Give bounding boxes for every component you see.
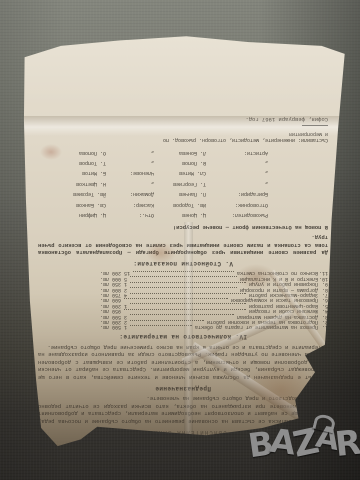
stain-spot — [146, 242, 176, 264]
credit-label-right: Членове: — [106, 168, 154, 178]
stain-spot — [236, 264, 276, 290]
cost-list-item: 10. Електро и В и К инсталации 5 000 лв. — [100, 275, 328, 280]
credit-name-left: П. Панчев — [154, 189, 206, 199]
bazar-watermark: B A Z A R — [248, 424, 356, 476]
cost-item-amount: 3 500 лв. — [100, 313, 127, 318]
credits-row: Бригадири: П. Панчев Домакин: Йв. Терзие… — [56, 189, 268, 199]
credits-row: „ Сл. Митев Членове: Б. Митов — [56, 168, 268, 178]
credit-name-right: Т. Топров — [56, 158, 106, 168]
cost-list-item: 8. Дограма — врати и прозорци 2 800 лв. — [100, 286, 328, 291]
credits-row: Отговорник: Ив. Тодоров Касиер: Св. Банк… — [56, 199, 268, 209]
credit-name-left: В. Попов — [154, 158, 206, 168]
credits-row: Ръководител: Ц. Цонев Отч.: Ц. Цифрин — [56, 210, 268, 220]
product-photo: ОБЯСНИТЕЛНА ЗАПИСКА Настоящата записка с… — [0, 0, 360, 480]
section-header-kolichestvo: ІV. Количеството на материалите: — [38, 334, 328, 341]
section-header-stoynostni: V. Стойностни показатели: — [38, 260, 328, 267]
stain-spot — [40, 144, 62, 160]
cost-item-number: 11. — [318, 270, 328, 275]
credit-label-right: „ — [106, 147, 154, 157]
credits-row: „ В. Попов „ Т. Топров — [56, 158, 268, 168]
credits-table: Ръководител: Ц. Цонев Отч.: Ц. Цифрин От… — [56, 147, 268, 220]
credit-name-left: Т. Георгиев — [154, 178, 206, 188]
credit-name-right: Б. Митов — [56, 168, 106, 178]
dotted-leader — [124, 298, 228, 299]
dotted-leader — [130, 325, 192, 326]
credit-label-left: „ — [206, 178, 268, 188]
credit-label-right: Касиер: — [106, 199, 154, 209]
horizontal-fold-crease — [18, 116, 348, 136]
credit-label-right: Отч.: — [106, 210, 154, 220]
vertical-fold-crease — [184, 222, 193, 442]
credit-label-left: Артисти: — [206, 147, 268, 157]
credit-name-right: О. Попова — [56, 147, 106, 157]
credit-label-right: „ — [106, 158, 154, 168]
cost-item-amount: 2 800 лв. — [100, 286, 127, 291]
cost-item-amount: 15 200 лв. — [100, 270, 130, 275]
cost-item-number: 5. — [318, 302, 328, 307]
credit-name-left: Л. Бонева — [154, 147, 206, 157]
credit-name-right: Йв. Терзиев — [56, 189, 106, 199]
bazar-logo: B A Z A R — [248, 424, 356, 459]
cost-item-amount: 1 200 лв. — [100, 302, 127, 307]
cost-list-item: 11. Всичко по стойностна сметка 15 200 л… — [100, 270, 328, 275]
credit-label-right: „ — [106, 178, 154, 188]
paragraph-bold: Да развием своите инициативи чрез общона… — [38, 234, 328, 257]
credit-name-right: Н. Цветков — [56, 178, 106, 188]
cost-item-text: Варо-циментови разтвори — [249, 302, 318, 307]
cost-item-amount: 5 000 лв. — [100, 275, 127, 280]
bazar-letter: R — [334, 426, 360, 462]
credits-row: Артисти: Л. Бонева „ О. Попова — [56, 147, 268, 157]
credit-name-left: Ив. Тодоров — [154, 199, 206, 209]
credit-label-left: „ — [206, 168, 268, 178]
cost-item-number: 10. — [318, 275, 328, 280]
credit-label-left: Ръководител: — [206, 210, 268, 220]
dotted-leader — [130, 314, 234, 315]
credit-label-left: Отговорник: — [206, 199, 268, 209]
credit-name-right: Св. Банков — [56, 199, 106, 209]
cost-item-number: 8. — [318, 286, 328, 291]
credit-name-right: Ц. Цифрин — [56, 210, 106, 220]
cost-item-number: 3. — [318, 313, 328, 318]
credit-name-left: Ц. Цонев — [154, 210, 206, 220]
paper-document: ОБЯСНИТЕЛНА ЗАПИСКА Настоящата записка с… — [18, 32, 348, 452]
credit-label-left: „ — [206, 158, 268, 168]
credits-row: „ Т. Георгиев „ Н. Цветков — [56, 178, 268, 188]
slogan-line: В помощ на Отечествения фронт — повече р… — [38, 223, 328, 231]
credit-label-left: Бригадири: — [206, 189, 268, 199]
credit-label-right: Домакин: — [106, 189, 154, 199]
credit-name-left: Сл. Митев — [154, 168, 206, 178]
